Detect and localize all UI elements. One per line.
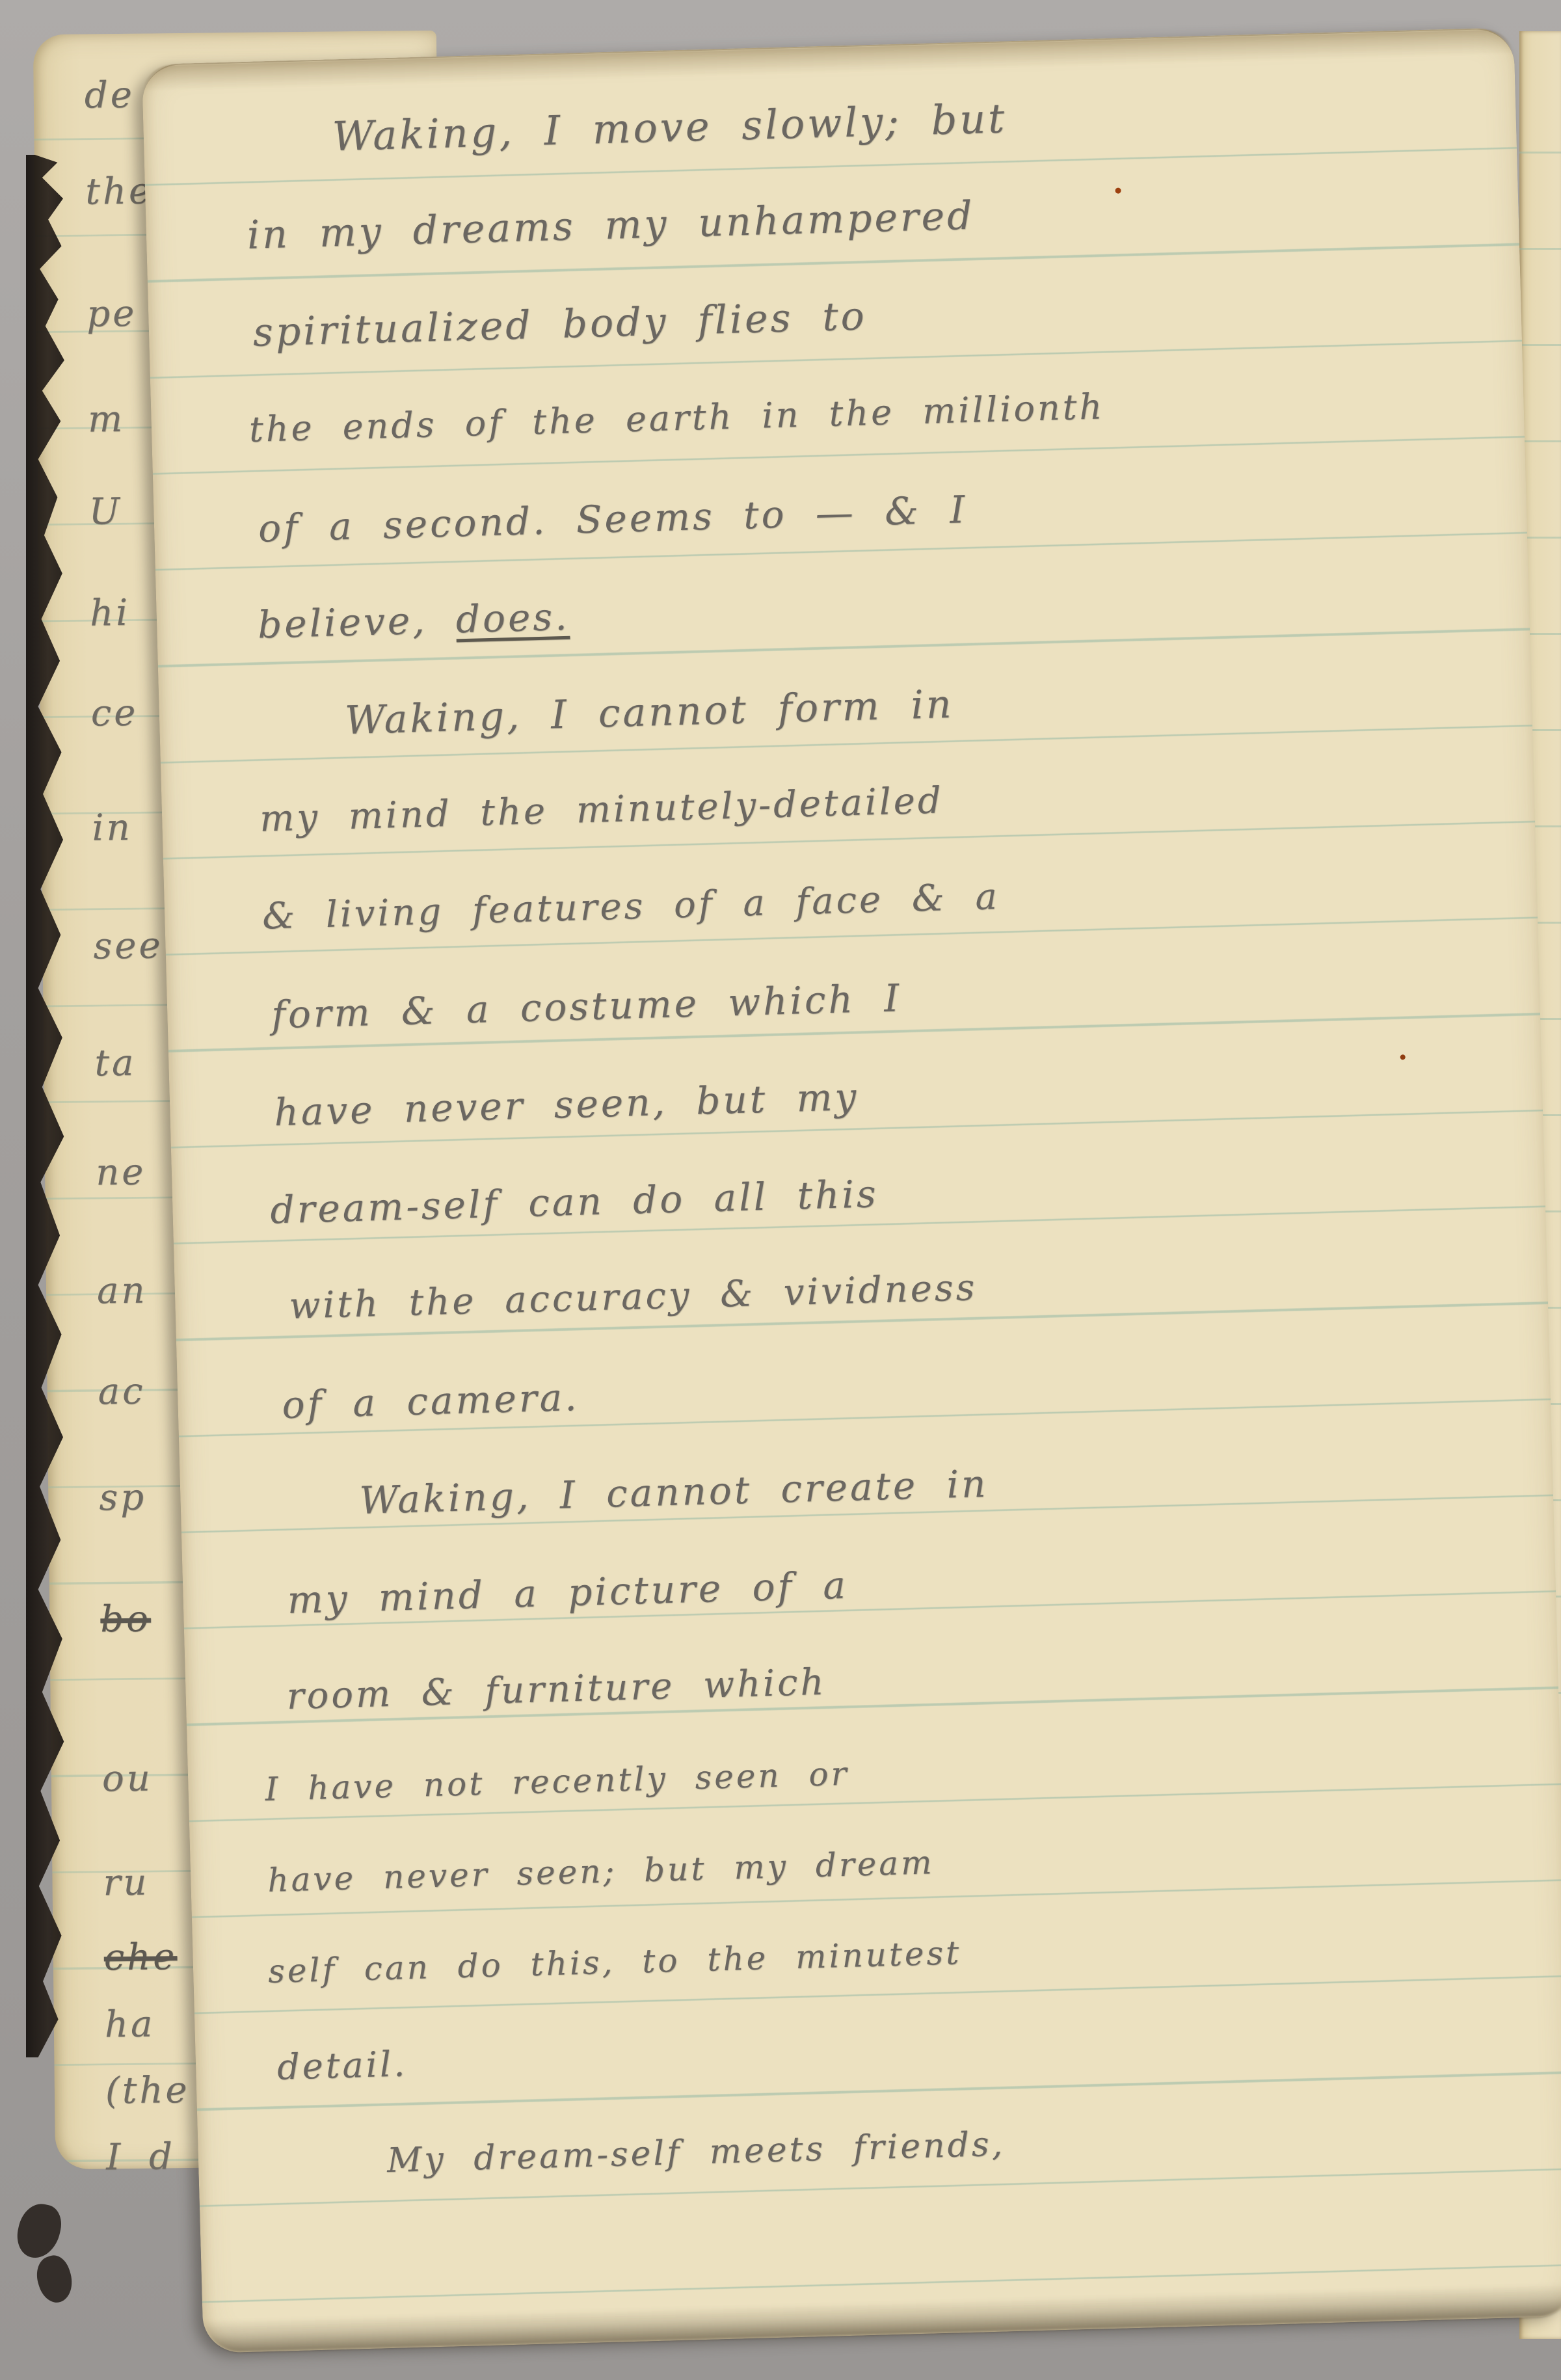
underpage-text-fragment: (the [105, 2069, 190, 2112]
handwriting-segment: believe, [257, 597, 457, 647]
handwriting-line: believe, does. [257, 595, 570, 647]
underpage-text-fragment: an [97, 1270, 148, 1313]
underpage-text-fragment: sp [99, 1477, 146, 1519]
underpage-text-fragment: hi [90, 592, 131, 635]
underpage-text-fragment: I d [106, 2135, 175, 2178]
underpage-text-fragment: bo [100, 1598, 151, 1641]
underpage-text-fragment: the [85, 170, 153, 213]
underpage-text-fragment: see [93, 924, 163, 967]
handwriting-segment: of a camera. [282, 1375, 580, 1427]
underpage-text-fragment: ta [94, 1042, 137, 1085]
underpage-text-fragment: pe [87, 293, 137, 336]
main-notebook-page: Waking, I move slowly; butin my dreams m… [142, 27, 1561, 2353]
underpage-text-fragment: che [103, 1936, 177, 1979]
underpage-text-fragment: de [84, 74, 135, 117]
handwriting-line: of a camera. [282, 1375, 580, 1427]
handwriting-segment: detail. [276, 2043, 408, 2087]
underpage-text-fragment: U [88, 490, 122, 533]
underpage-text-fragment: ce [90, 692, 138, 735]
underpage-text-fragment: ru [103, 1862, 150, 1905]
binding-remnant-blob [31, 2252, 78, 2307]
underpage-text-fragment: ne [96, 1151, 146, 1194]
underpage-text-fragment: ac [98, 1371, 145, 1413]
handwriting-line: detail. [276, 2043, 408, 2087]
underpage-text-fragment: in [92, 807, 133, 849]
scan-background: { "palette": { "background_gray": "#a3a0… [0, 0, 1561, 2380]
underlined-word: does. [455, 595, 570, 642]
binding-remnant-blob [13, 2200, 65, 2262]
underpage-text-fragment: ou [102, 1758, 153, 1800]
underpage-text-fragment: m [88, 398, 126, 441]
underpage-text-fragment: ha [105, 2003, 155, 2046]
